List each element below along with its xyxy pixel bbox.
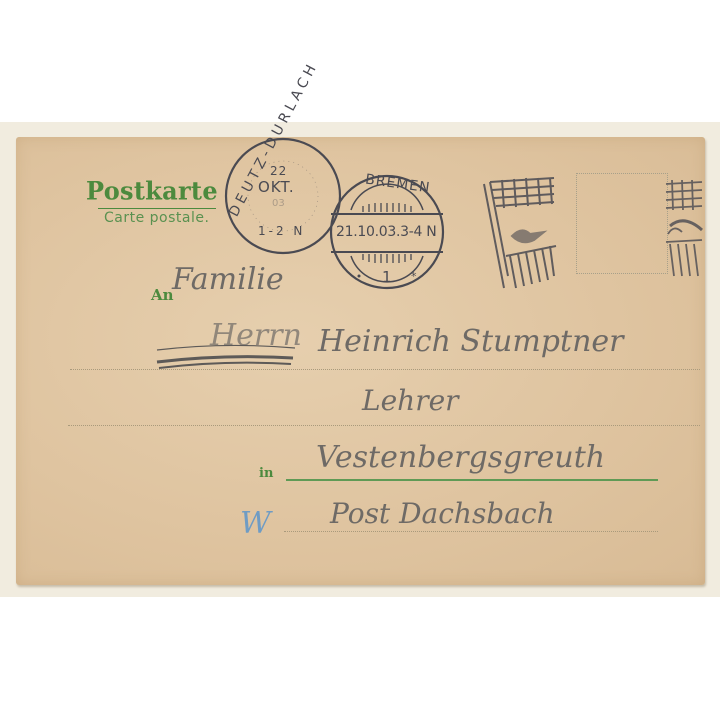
postmark-left-year: 03: [272, 198, 285, 209]
postmark-left-month: OKT.: [258, 178, 295, 196]
handwritten-name: Heinrich Stumptner: [318, 324, 623, 359]
handwritten-town: Vestenbergsgreuth: [316, 440, 605, 475]
postcard-title: Postkarte: [86, 175, 218, 205]
address-line-2: [68, 425, 700, 426]
location-line: [286, 479, 658, 481]
svg-text:*: *: [411, 270, 417, 283]
title-rule: [98, 208, 216, 209]
handwritten-profession: Lehrer: [362, 384, 459, 417]
stamp-box: [576, 173, 668, 274]
postcard-subtitle: Carte postale.: [104, 210, 209, 226]
flag-cancellation-right-icon: [664, 178, 704, 278]
postmark-right-date: 21.10.03.3-4 N: [336, 224, 436, 240]
location-prefix: in: [259, 466, 273, 481]
handwritten-familie: Familie: [172, 262, 284, 297]
postmark-right-office: 1: [382, 268, 392, 286]
address-prefix: An: [151, 286, 174, 304]
strike-through-scribble: [155, 340, 300, 380]
handwritten-post-office: Post Dachsbach: [330, 497, 555, 530]
blue-pencil-mark: W: [240, 506, 271, 541]
flag-cancellation-icon: [482, 176, 562, 292]
postmark-left-day: 22: [270, 164, 287, 178]
postmark-left-time: 1-2 N: [258, 224, 305, 238]
address-line-4: [284, 531, 658, 532]
